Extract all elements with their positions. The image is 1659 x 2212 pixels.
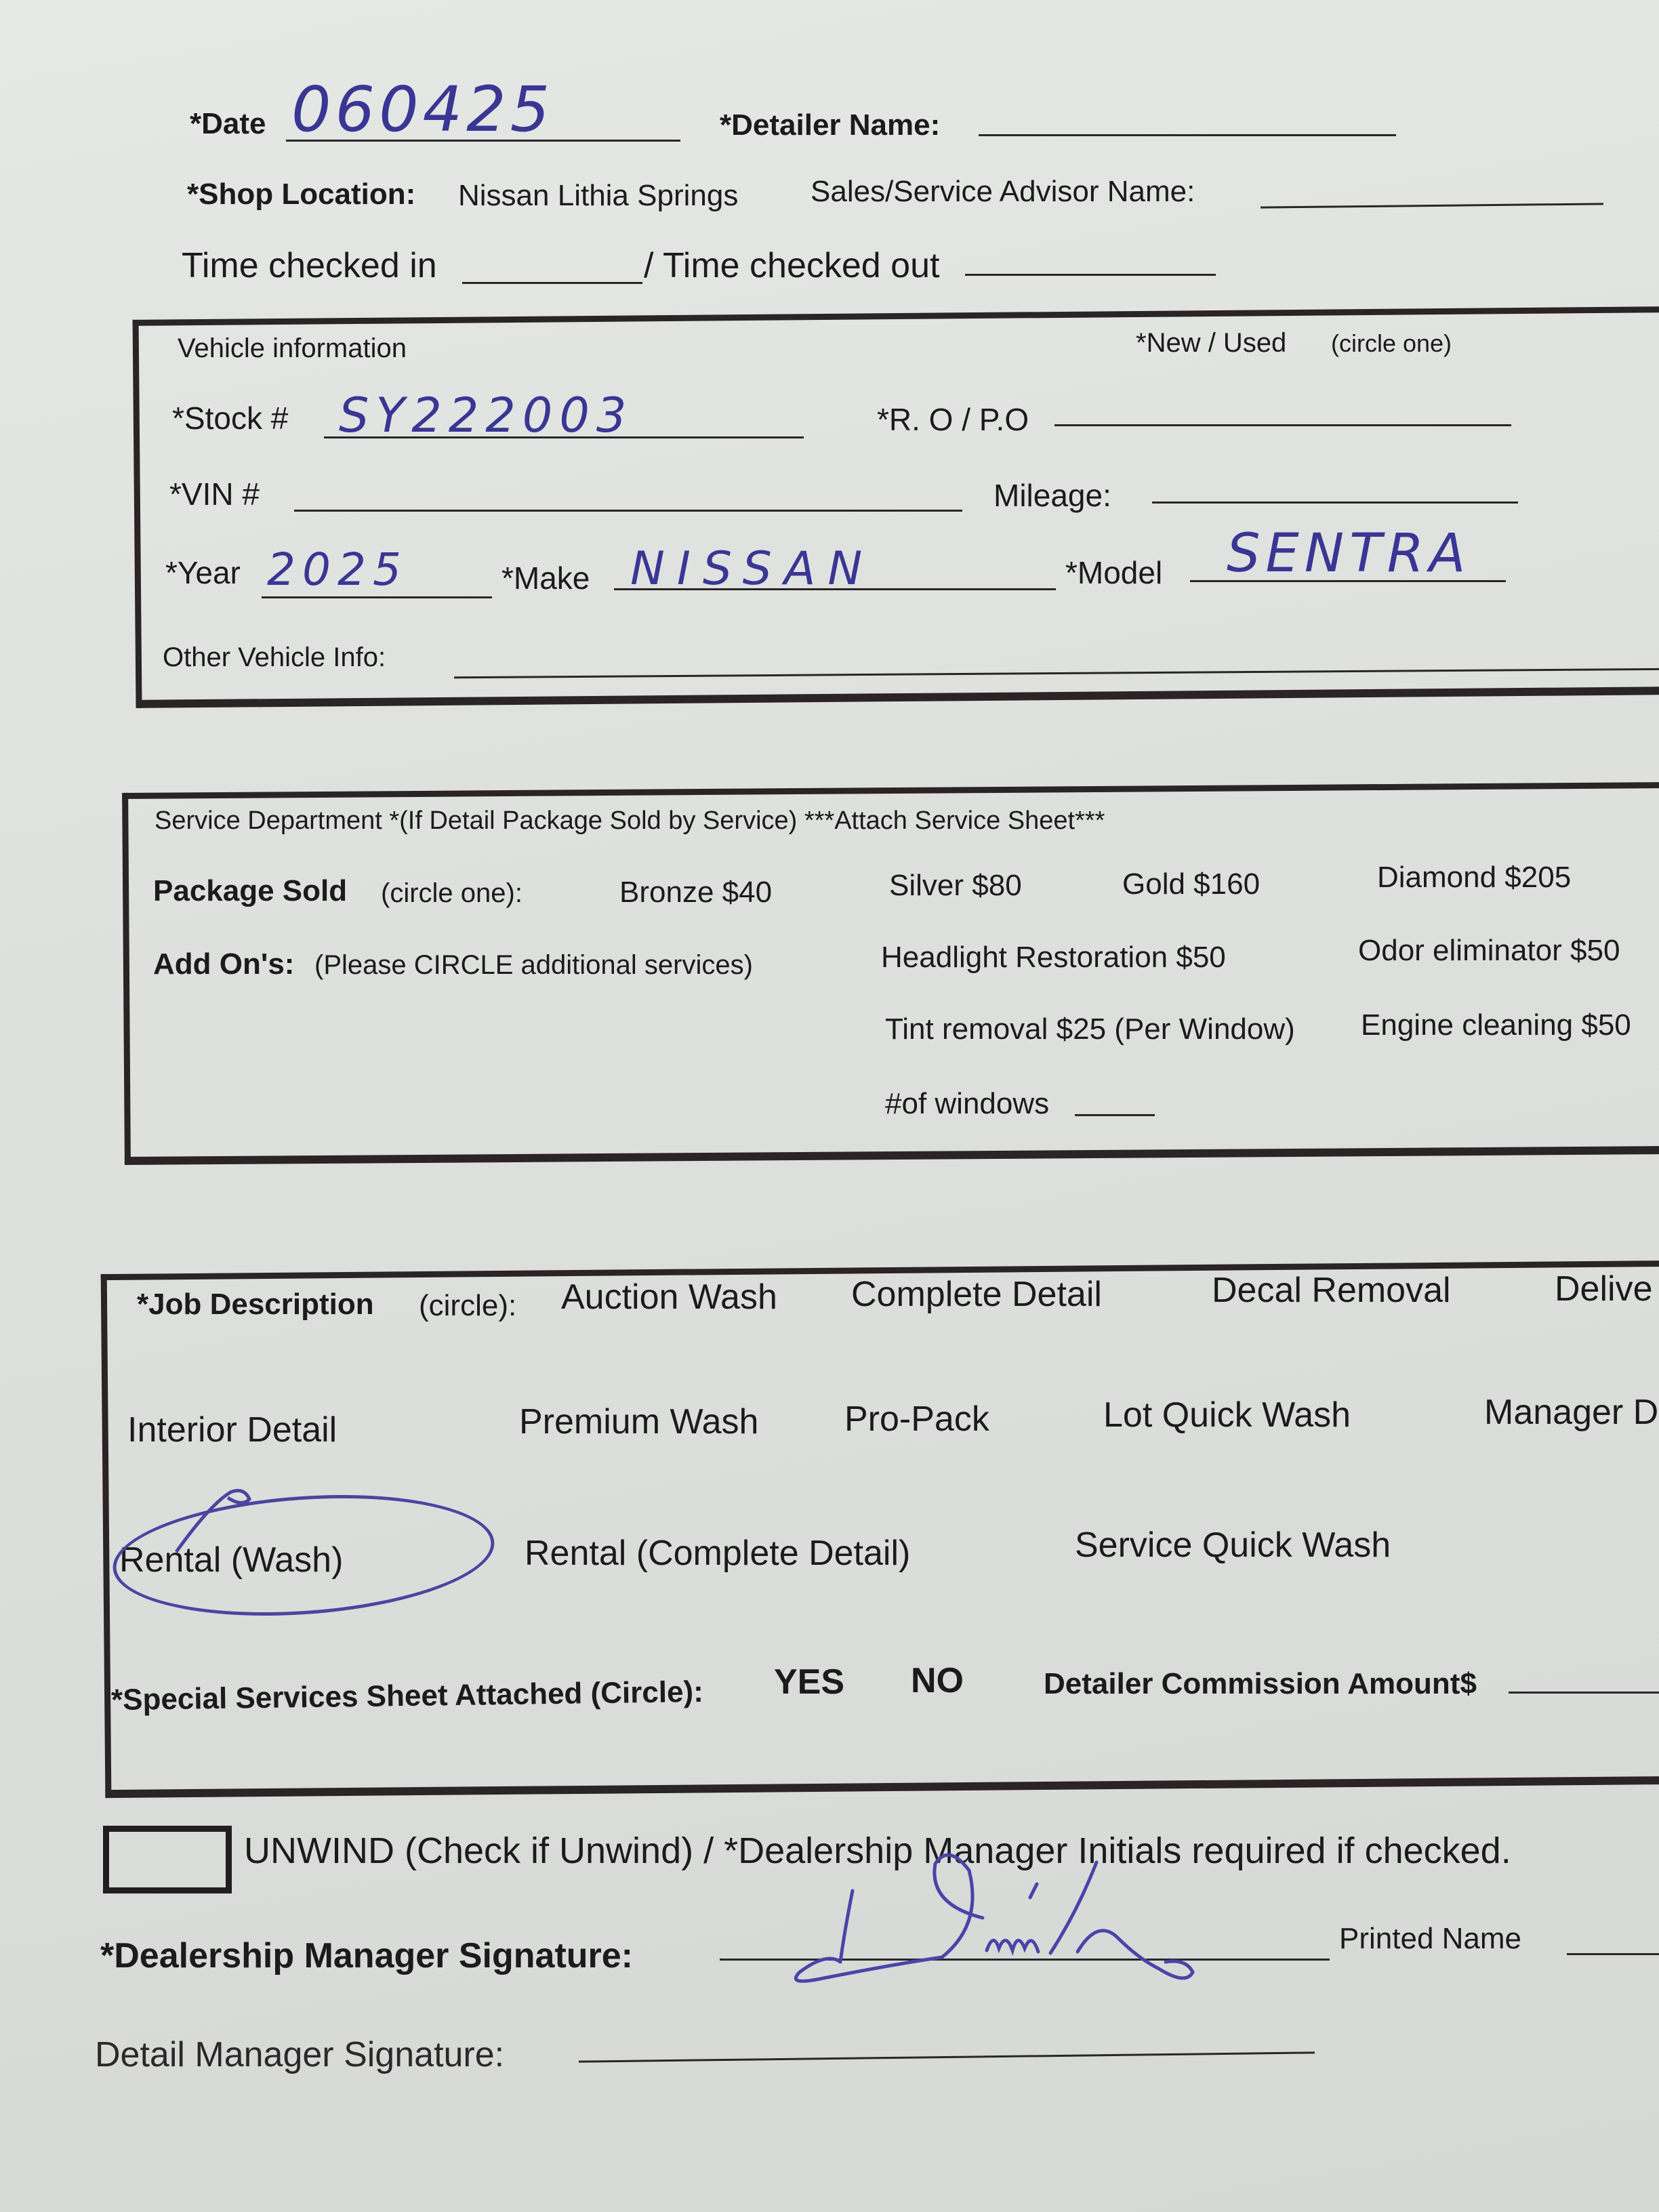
advisor-name-field[interactable] xyxy=(1261,203,1603,208)
other-info-label: Other Vehicle Info: xyxy=(163,642,386,673)
make-value[interactable]: NISSAN xyxy=(630,542,874,596)
package-label: Package Sold xyxy=(153,874,347,908)
job-delivery[interactable]: Delive xyxy=(1555,1269,1653,1309)
job-description-label: *Job Description xyxy=(137,1288,374,1322)
addons-label: Add On's: xyxy=(153,947,294,981)
detail-form-page: *Date 060425 *Detailer Name: *Shop Locat… xyxy=(0,0,1659,2212)
package-bronze[interactable]: Bronze $40 xyxy=(619,876,772,909)
job-complete-detail[interactable]: Complete Detail xyxy=(851,1274,1102,1315)
time-in-label: Time checked in xyxy=(182,245,437,286)
time-in-field[interactable] xyxy=(462,282,642,284)
job-pro-pack[interactable]: Pro-Pack xyxy=(844,1399,989,1439)
job-service-quick-wash[interactable]: Service Quick Wash xyxy=(1075,1525,1391,1565)
year-field-line[interactable] xyxy=(262,596,492,598)
job-interior-detail[interactable]: Interior Detail xyxy=(127,1410,337,1450)
ro-po-field[interactable] xyxy=(1054,424,1511,426)
package-silver[interactable]: Silver $80 xyxy=(889,869,1022,903)
windows-label: #of windows xyxy=(885,1087,1049,1121)
vehicle-info-title: Vehicle information xyxy=(178,333,407,364)
special-no-option[interactable]: NO xyxy=(911,1660,964,1701)
detailer-name-label: *Detailer Name: xyxy=(720,108,940,142)
addon-odor[interactable]: Odor eliminator $50 xyxy=(1358,934,1620,968)
model-value[interactable]: SENTRA xyxy=(1227,523,1471,584)
package-gold[interactable]: Gold $160 xyxy=(1122,867,1260,901)
shop-location-label: *Shop Location: xyxy=(187,178,415,211)
detailer-name-field[interactable] xyxy=(979,134,1396,136)
job-description-hint: (circle): xyxy=(419,1289,516,1323)
commission-field[interactable] xyxy=(1509,1692,1659,1694)
job-lot-quick-wash[interactable]: Lot Quick Wash xyxy=(1103,1395,1351,1435)
manager-signature-icon xyxy=(779,1843,1294,1992)
package-hint: (circle one): xyxy=(381,878,523,909)
addon-tint[interactable]: Tint removal $25 (Per Window) xyxy=(885,1012,1295,1046)
shop-location-value: Nissan Lithia Springs xyxy=(458,179,738,213)
date-value[interactable]: 060425 xyxy=(291,73,554,146)
addon-headlight[interactable]: Headlight Restoration $50 xyxy=(881,941,1226,975)
job-manager-d[interactable]: Manager D xyxy=(1484,1392,1658,1433)
make-label: *Make xyxy=(501,560,590,596)
addons-hint: (Please CIRCLE additional services) xyxy=(314,950,753,981)
commission-label: Detailer Commission Amount$ xyxy=(1044,1667,1477,1701)
dealership-signature-label: *Dealership Manager Signature: xyxy=(100,1935,633,1976)
job-auction-wash[interactable]: Auction Wash xyxy=(561,1277,777,1317)
advisor-label: Sales/Service Advisor Name: xyxy=(811,175,1195,209)
mileage-field[interactable] xyxy=(1152,501,1518,504)
service-dept-title: Service Department *(If Detail Package S… xyxy=(155,806,1105,836)
printed-name-label: Printed Name xyxy=(1339,1922,1521,1956)
vin-field[interactable] xyxy=(294,510,962,512)
special-yes-option[interactable]: YES xyxy=(774,1662,844,1702)
new-used-hint: (circle one) xyxy=(1331,329,1452,358)
stock-value[interactable]: SY222003 xyxy=(339,388,633,443)
time-out-field[interactable] xyxy=(965,274,1216,276)
new-used-label[interactable]: *New / Used xyxy=(1136,328,1286,359)
year-label: *Year xyxy=(165,554,241,591)
job-premium-wash[interactable]: Premium Wash xyxy=(519,1401,758,1442)
year-value[interactable]: 2025 xyxy=(267,544,408,596)
date-label: *Date xyxy=(190,107,266,141)
unwind-checkbox[interactable] xyxy=(103,1826,232,1893)
printed-name-field[interactable] xyxy=(1567,1953,1659,1955)
model-label: *Model xyxy=(1065,554,1162,591)
time-out-label: / Time checked out xyxy=(644,245,939,286)
stock-label: *Stock # xyxy=(172,400,288,436)
windows-field[interactable] xyxy=(1075,1114,1155,1116)
job-decal-removal[interactable]: Decal Removal xyxy=(1212,1270,1451,1311)
ro-po-label: *R. O / P.O xyxy=(877,401,1029,438)
addon-engine[interactable]: Engine cleaning $50 xyxy=(1361,1008,1631,1042)
job-rental-complete-detail[interactable]: Rental (Complete Detail) xyxy=(525,1533,910,1574)
mileage-label: Mileage: xyxy=(994,477,1111,514)
detail-manager-signature-label: Detail Manager Signature: xyxy=(95,2034,504,2075)
package-diamond[interactable]: Diamond $205 xyxy=(1377,861,1571,895)
vin-label: *VIN # xyxy=(169,476,260,512)
circle-mark-tail-icon xyxy=(169,1484,278,1559)
detail-manager-signature-field[interactable] xyxy=(579,2051,1315,2062)
